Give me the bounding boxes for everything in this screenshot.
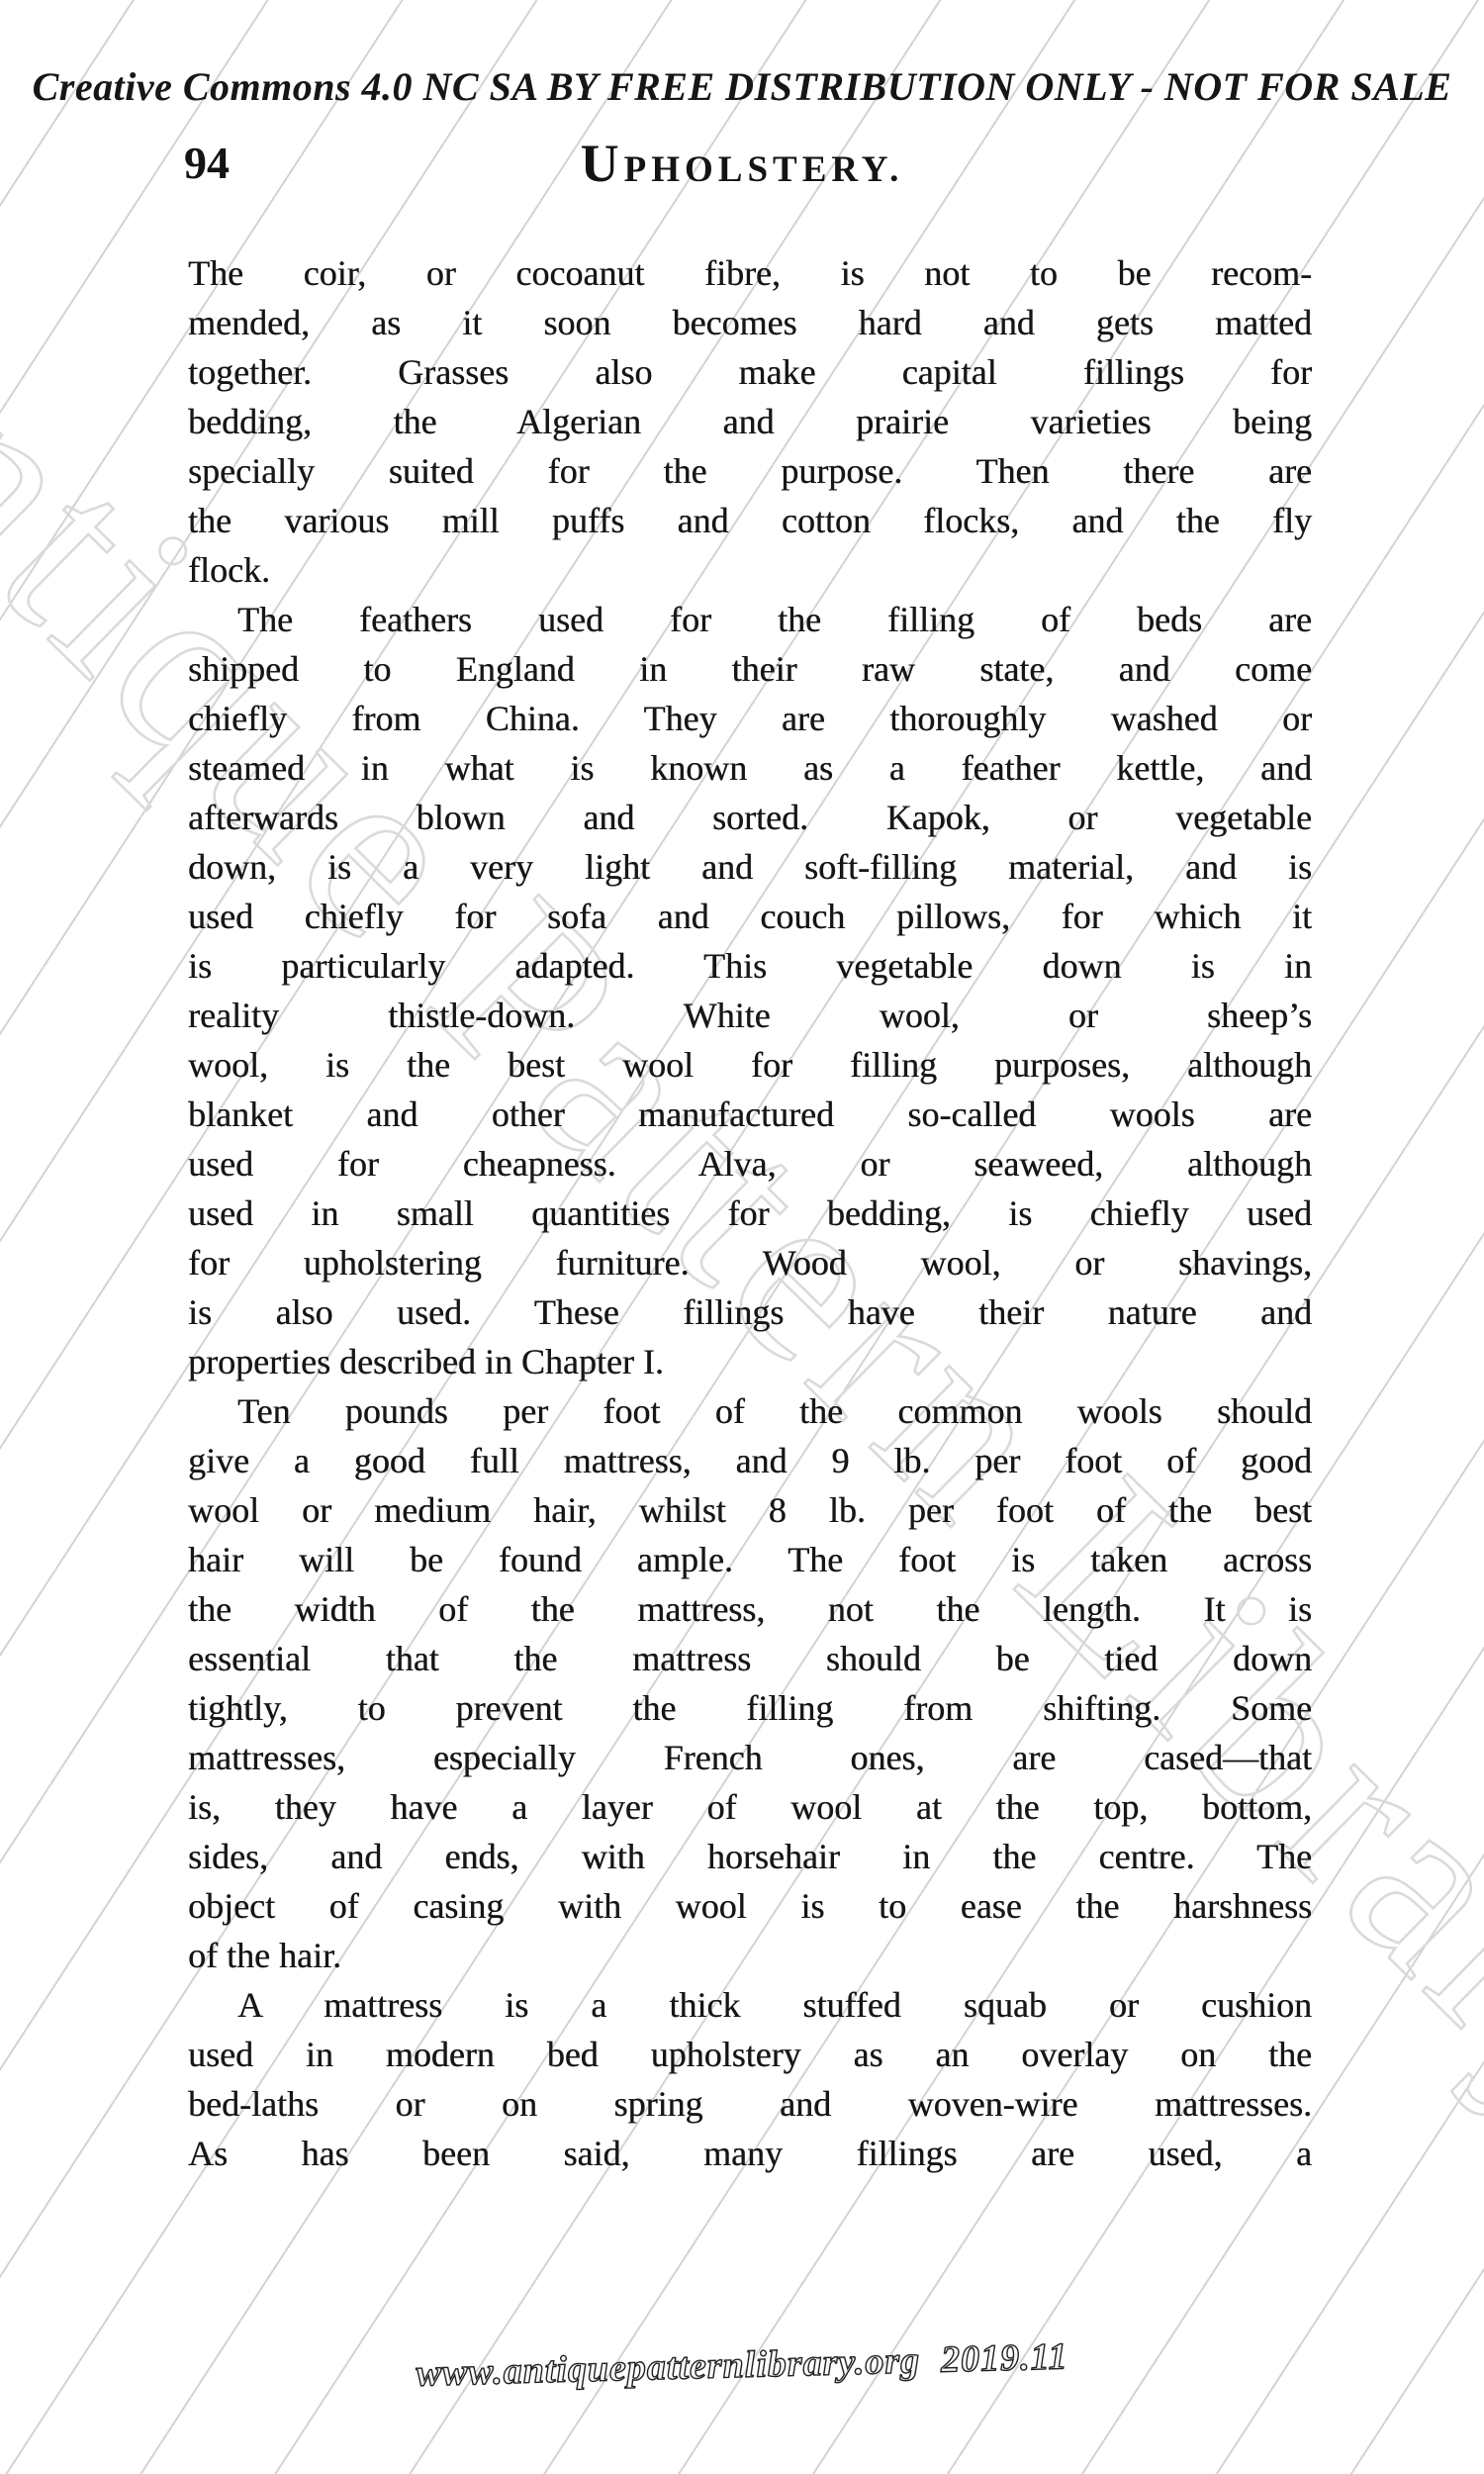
text-line: bed-laths or on spring and woven-wire ma…: [188, 2079, 1312, 2129]
text-line: the width of the mattress, not the lengt…: [188, 1584, 1312, 1634]
text-line: mended, as it soon becomes hard and gets…: [188, 298, 1312, 347]
text-line: properties described in Chapter I.: [188, 1337, 1312, 1386]
text-line: used in small quantities for bedding, is…: [188, 1189, 1312, 1238]
text-line: used for cheapness. Alva, or seaweed, al…: [188, 1139, 1312, 1189]
text-line: the various mill puffs and cotton flocks…: [188, 496, 1312, 545]
text-line: is, they have a layer of wool at the top…: [188, 1782, 1312, 1832]
text-line: The feathers used for the filling of bed…: [188, 595, 1312, 644]
text-line: together. Grasses also make capital fill…: [188, 347, 1312, 397]
text-line: is particularly adapted. This vegetable …: [188, 941, 1312, 991]
text-line: sides, and ends, with horsehair in the c…: [188, 1832, 1312, 1881]
running-title-rest: PHOLSTERY.: [624, 149, 904, 190]
paragraph: A mattress is a thick stuffed squab or c…: [188, 1980, 1312, 2178]
text-line: Ten pounds per foot of the common wools …: [188, 1386, 1312, 1436]
text-line: give a good full mattress, and 9 lb. per…: [188, 1436, 1312, 1485]
text-line: specially suited for the purpose. Then t…: [188, 446, 1312, 496]
text-line: wool, is the best wool for filling purpo…: [188, 1040, 1312, 1090]
scanned-page: Antique Pattern Library Creative Commons…: [0, 0, 1484, 2474]
text-line: used in modern bed upholstery as an over…: [188, 2030, 1312, 2079]
running-title-initial: U: [581, 134, 624, 193]
text-line: chiefly from China. They are thoroughly …: [188, 694, 1312, 743]
text-line: afterwards blown and sorted. Kapok, or v…: [188, 793, 1312, 842]
running-title: UPHOLSTERY.: [0, 133, 1484, 194]
text-line: of the hair.: [188, 1931, 1312, 1980]
text-line: object of casing with wool is to ease th…: [188, 1881, 1312, 1931]
text-line: for upholstering furniture. Wood wool, o…: [188, 1238, 1312, 1287]
text-line: steamed in what is known as a feather ke…: [188, 743, 1312, 793]
text-line: used chiefly for sofa and couch pillows,…: [188, 892, 1312, 941]
text-line: down, is a very light and soft-filling m…: [188, 842, 1312, 892]
footer-credit: www.antiquepatternlibrary.org 2019.11: [0, 2324, 1484, 2406]
body-text: The coir, or cocoanut fibre, is not to b…: [188, 248, 1312, 2178]
text-line: mattresses, especially French ones, are …: [188, 1733, 1312, 1782]
text-line: tightly, to prevent the filling from shi…: [188, 1683, 1312, 1733]
text-line: bedding, the Algerian and prairie variet…: [188, 397, 1312, 446]
text-line: blanket and other manufactured so-called…: [188, 1090, 1312, 1139]
text-line: A mattress is a thick stuffed squab or c…: [188, 1980, 1312, 2030]
paragraph: The feathers used for the filling of bed…: [188, 595, 1312, 1386]
text-line: shipped to England in their raw state, a…: [188, 644, 1312, 694]
paragraph: Ten pounds per foot of the common wools …: [188, 1386, 1312, 1980]
text-line: The coir, or cocoanut fibre, is not to b…: [188, 248, 1312, 298]
paragraph: The coir, or cocoanut fibre, is not to b…: [188, 248, 1312, 595]
text-line: essential that the mattress should be ti…: [188, 1634, 1312, 1683]
text-line: wool or medium hair, whilst 8 lb. per fo…: [188, 1485, 1312, 1535]
text-line: hair will be found ample. The foot is ta…: [188, 1535, 1312, 1584]
text-line: reality thistle-down. White wool, or she…: [188, 991, 1312, 1040]
text-line: flock.: [188, 545, 1312, 595]
text-line: As has been said, many fillings are used…: [188, 2129, 1312, 2178]
cc-notice: Creative Commons 4.0 NC SA BY FREE DISTR…: [0, 63, 1484, 110]
text-line: is also used. These fillings have their …: [188, 1287, 1312, 1337]
